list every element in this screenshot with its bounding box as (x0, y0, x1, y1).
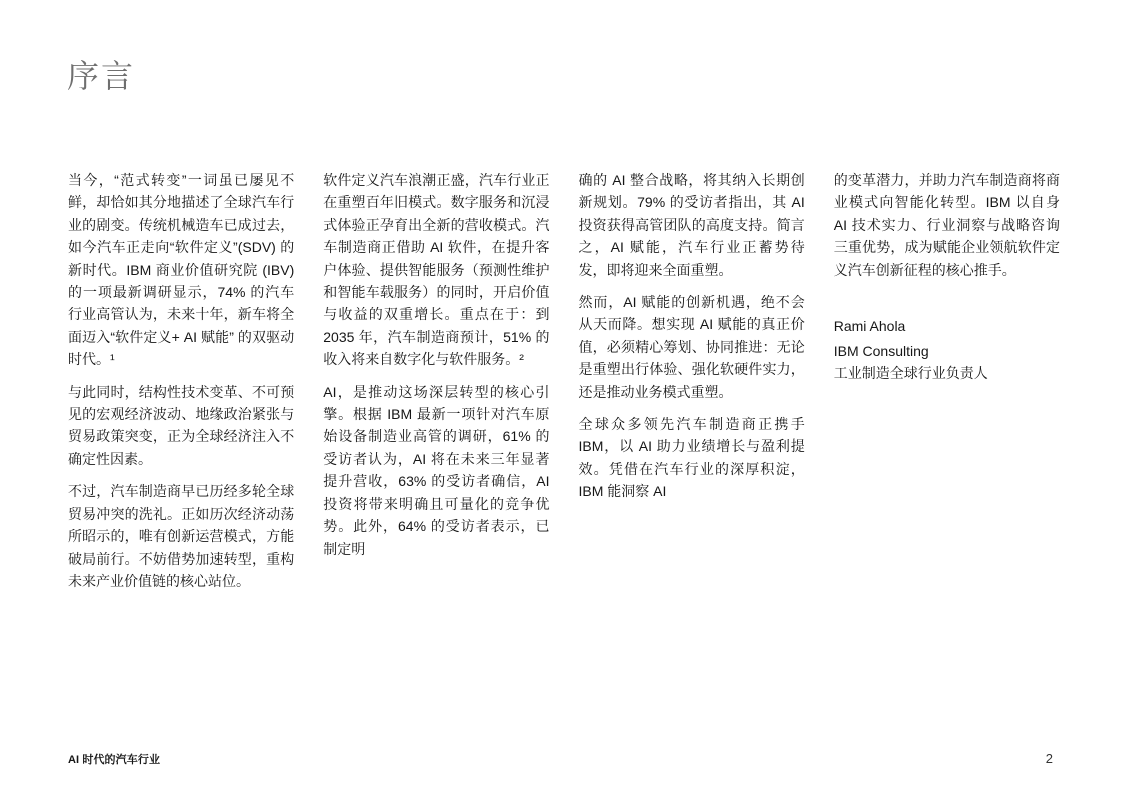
paragraph: AI，是推动这场深层转型的核心引擎。根据 IBM 最新一项针对汽车原始设备制造业… (323, 381, 549, 560)
text-column-2: 软件定义汽车浪潮正盛，汽车行业正在重塑百年旧模式。数字服务和沉浸式体验正孕育出全… (323, 169, 549, 592)
document-page: 序言 当今，“范式转变”一词虽已屡见不鲜，却恰如其分地描述了全球汽车行业的剧变。… (0, 0, 1121, 793)
text-columns: 当今，“范式转变”一词虽已屡见不鲜，却恰如其分地描述了全球汽车行业的剧变。传统机… (68, 169, 1060, 592)
author-organization: IBM Consulting (834, 340, 1060, 362)
text-column-4: 的变革潜力，并助力汽车制造商将商业模式向智能化转型。IBM 以自身 AI 技术实… (834, 169, 1060, 592)
paragraph: 软件定义汽车浪潮正盛，汽车行业正在重塑百年旧模式。数字服务和沉浸式体验正孕育出全… (323, 169, 549, 371)
author-signature: Rami Ahola IBM Consulting 工业制造全球行业负责人 (834, 315, 1060, 384)
footer-page-number: 2 (1046, 751, 1053, 766)
author-name: Rami Ahola (834, 315, 1060, 337)
page-footer: AI 时代的汽车行业 2 (68, 751, 1053, 767)
paragraph: 然而，AI 赋能的创新机遇，绝不会从天而降。想实现 AI 赋能的真正价值，必须精… (579, 291, 805, 403)
paragraph: 不过，汽车制造商早已历经多轮全球贸易冲突的洗礼。正如历次经济动荡所昭示的，唯有创… (68, 480, 294, 592)
paragraph: 与此同时，结构性技术变革、不可预见的宏观经济波动、地缘政治紧张与贸易政策突变，正… (68, 381, 294, 471)
paragraph: 当今，“范式转变”一词虽已屡见不鲜，却恰如其分地描述了全球汽车行业的剧变。传统机… (68, 169, 294, 371)
footer-running-title: AI 时代的汽车行业 (68, 751, 160, 767)
page-title: 序言 (67, 58, 135, 95)
author-role: 工业制造全球行业负责人 (834, 362, 1060, 384)
text-column-1: 当今，“范式转变”一词虽已屡见不鲜，却恰如其分地描述了全球汽车行业的剧变。传统机… (68, 169, 294, 592)
paragraph: 的变革潜力，并助力汽车制造商将商业模式向智能化转型。IBM 以自身 AI 技术实… (834, 169, 1060, 281)
paragraph: 确的 AI 整合战略，将其纳入长期创新规划。79% 的受访者指出，其 AI 投资… (579, 169, 805, 281)
paragraph: 全球众多领先汽车制造商正携手 IBM，以 AI 助力业绩增长与盈利提效。凭借在汽… (579, 413, 805, 503)
text-column-3: 确的 AI 整合战略，将其纳入长期创新规划。79% 的受访者指出，其 AI 投资… (579, 169, 805, 592)
